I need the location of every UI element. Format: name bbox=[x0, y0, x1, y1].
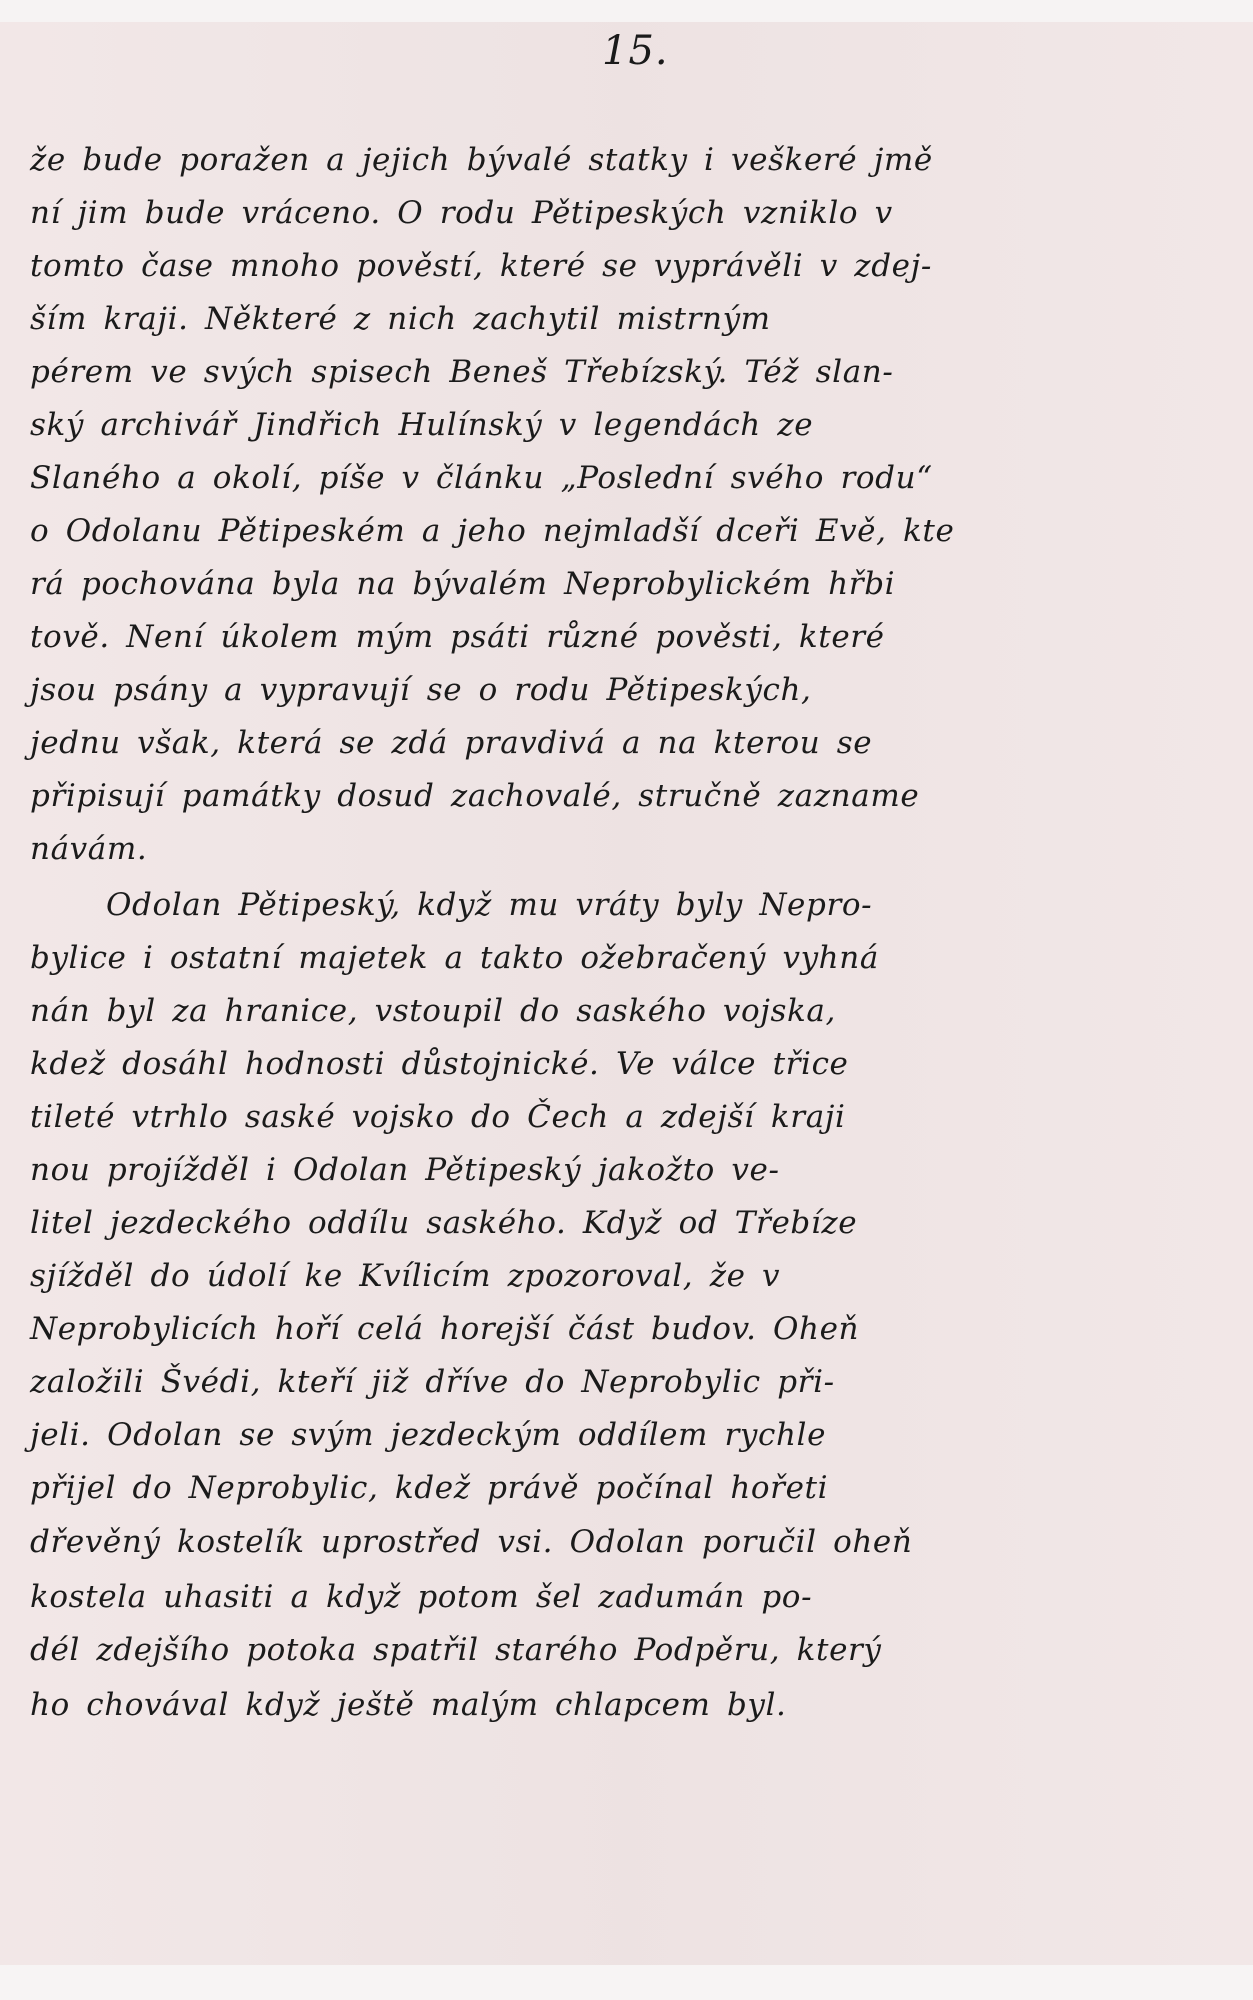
text-line: Neprobylicích hoří celá horejší část bud… bbox=[30, 1309, 1225, 1349]
scan-margin bbox=[0, 1965, 1253, 2000]
text-line: pérem ve svých spisech Beneš Třebízský. … bbox=[30, 352, 1225, 392]
text-line: ský archivář Jindřich Hulínský v legendá… bbox=[30, 405, 1225, 445]
text-line: dřevěný kostelík uprostřed vsi. Odolan p… bbox=[30, 1522, 1225, 1562]
text-line: založili Švédi, kteří již dříve do Nepro… bbox=[30, 1362, 1225, 1402]
text-line: tomto čase mnoho pověstí, které se vyprá… bbox=[30, 246, 1225, 286]
text-line: připisují památky dosud zachovalé, struč… bbox=[30, 776, 1225, 816]
text-line: nou projížděl i Odolan Pětipeský jakožto… bbox=[30, 1150, 1225, 1190]
text-line: sjížděl do údolí ke Kvílicím zpozoroval,… bbox=[30, 1256, 1225, 1296]
text-line: přijel do Neprobylic, kdež právě počínal… bbox=[30, 1468, 1225, 1508]
text-line: tileté vtrhlo saské vojsko do Čech a zde… bbox=[30, 1097, 1225, 1137]
text-line: jsou psány a vypravují se o rodu Pětipes… bbox=[30, 670, 1225, 710]
page-number: 15. bbox=[602, 28, 669, 74]
paragraph-start-line: Odolan Pětipeský, když mu vráty byly Nep… bbox=[30, 885, 1225, 925]
text-line: nán byl za hranice, vstoupil do saského … bbox=[30, 991, 1225, 1031]
text-line: kdež dosáhl hodnosti důstojnické. Ve vál… bbox=[30, 1044, 1225, 1084]
text-line: litel jezdeckého oddílu saského. Když od… bbox=[30, 1203, 1225, 1243]
text-line: návám. bbox=[30, 829, 1225, 869]
text-line: jednu však, která se zdá pravdivá a na k… bbox=[30, 723, 1225, 763]
text-line: bylice i ostatní majetek a takto ožebrač… bbox=[30, 938, 1225, 978]
text-line: Slaného a okolí, píše v článku „Poslední… bbox=[30, 458, 1225, 498]
manuscript-page: 15. že bude poražen a jejich bývalé stat… bbox=[0, 22, 1253, 1965]
text-line: dél zdejšího potoka spatřil starého Podp… bbox=[30, 1630, 1225, 1670]
text-line: že bude poražen a jejich bývalé statky i… bbox=[30, 140, 1225, 180]
text-line: tově. Není úkolem mým psáti různé pověst… bbox=[30, 617, 1225, 657]
text-line: rá pochována byla na bývalém Neprobylick… bbox=[30, 564, 1225, 604]
text-line: ní jim bude vráceno. O rodu Pětipeských … bbox=[30, 193, 1225, 233]
text-line: o Odolanu Pětipeském a jeho nejmladší dc… bbox=[30, 511, 1225, 551]
text-line: jeli. Odolan se svým jezdeckým oddílem r… bbox=[30, 1415, 1225, 1455]
text-line: kostela uhasiti a když potom šel zadumán… bbox=[30, 1577, 1225, 1617]
text-line: ším kraji. Některé z nich zachytil mistr… bbox=[30, 299, 1225, 339]
text-line: ho chovával když ještě malým chlapcem by… bbox=[30, 1685, 1225, 1725]
